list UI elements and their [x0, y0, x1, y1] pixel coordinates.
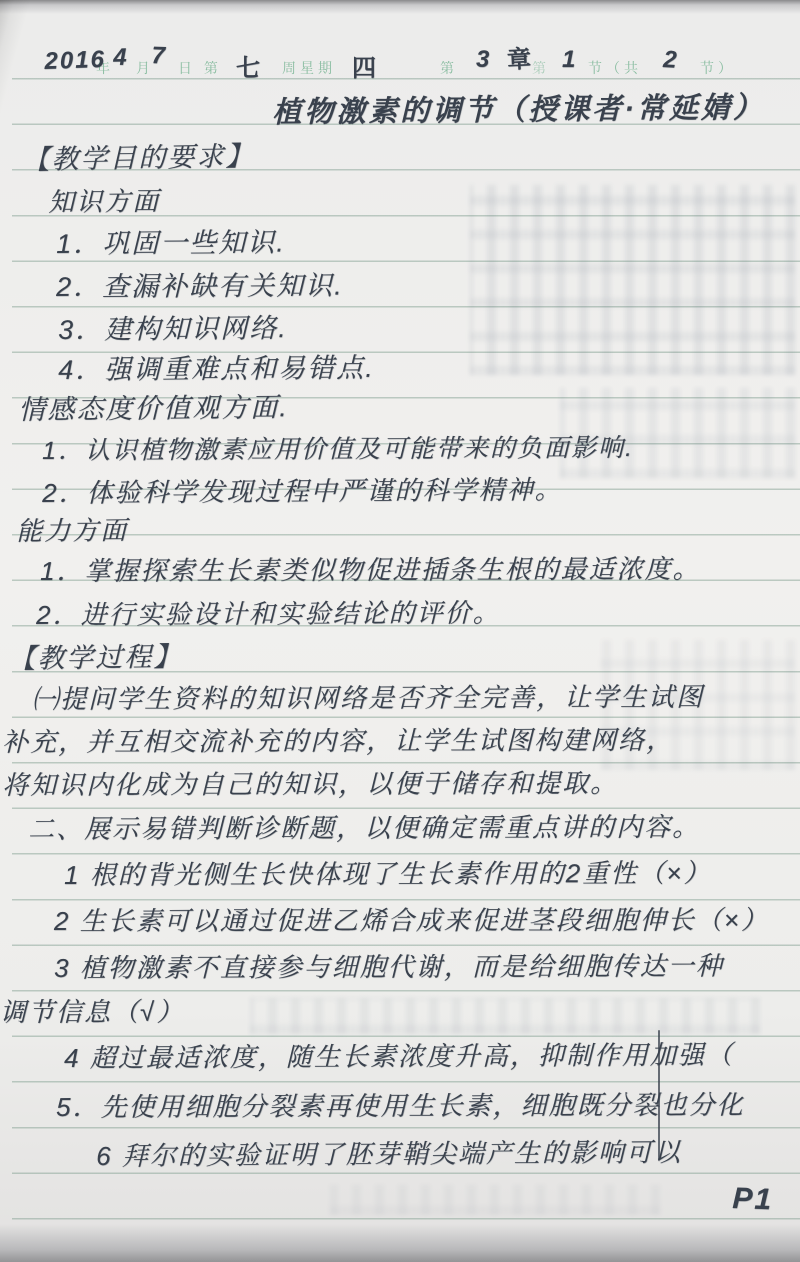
note-line-8: 1．认识植物激素应用价值及可能带来的负面影响.	[42, 428, 634, 467]
written-chapter-num: 3	[476, 46, 491, 74]
note-line-5: 3．建构知识网络.	[58, 306, 288, 347]
printed-section-close: 节）	[700, 58, 736, 78]
note-line-22: 4 超过最适浓度，随生长素浓度升高，抑制作用加强（	[64, 1034, 734, 1075]
printed-day-label: 日 第	[178, 58, 222, 78]
note-line-9: 2．体验科学发现过程中严谨的科学精神。	[42, 469, 563, 510]
written-section-num: 1	[562, 46, 577, 74]
printed-section-open: 节（共	[588, 58, 642, 78]
note-line-12: 2．进行实验设计和实验结论的评价。	[36, 593, 501, 632]
note-line-16: 将知识内化成为自己的知识，以便于储存和提取。	[2, 763, 618, 802]
page-number: P1	[732, 1182, 774, 1217]
written-chapter-unit: 章	[506, 39, 534, 75]
bleed-through-texture	[330, 1185, 660, 1215]
note-line-6: 4．强调重难点和易错点.	[58, 346, 375, 387]
note-line-10: 能力方面	[16, 510, 128, 548]
note-line-20: 3 植物激素不直接参与细胞代谢，而是给细胞传达一种	[54, 946, 724, 985]
note-line-7: 情感态度价值观方面.	[18, 385, 289, 427]
notebook-page: 年 月 日 第 周星期 第 第 节（共 节） 2016 4 7 七 四 3 章 …	[0, 0, 800, 1262]
note-line-17: 二、展示易错判断诊断题，以便确定需重点讲的内容。	[28, 807, 700, 846]
note-line-13: 【教学过程】	[8, 635, 183, 676]
stray-vertical-stroke	[658, 1030, 660, 1160]
bleed-through-texture	[250, 998, 760, 1034]
note-line-21: 调节信息（√）	[0, 992, 184, 1029]
written-year: 2016	[44, 46, 106, 76]
note-line-3: 1．巩固一些知识.	[56, 220, 286, 261]
note-line-24: 6 拜尔的实验证明了胚芽鞘尖端产生的影响可以	[96, 1132, 682, 1173]
written-day: 7	[151, 42, 167, 71]
note-line-15: 补充，并互相交流补充的内容，让学生试图构建网络，	[2, 720, 674, 759]
note-line-4: 2．查漏补缺有关知识.	[56, 263, 344, 304]
note-line-1: 【教学目的要求】	[22, 134, 255, 177]
bleed-through-texture	[470, 185, 795, 375]
printed-chapter-label: 第	[440, 58, 458, 78]
written-total-sections: 2	[663, 46, 680, 75]
note-line-23: 5．先使用细胞分裂素再使用生长素，细胞既分裂也分化	[56, 1085, 745, 1124]
lesson-title: 植物激素的调节（授课者·常延婧）	[272, 85, 765, 131]
note-line-19: 2 生长素可以通过促进乙烯合成来促进茎段细胞伸长（×）	[54, 900, 769, 938]
note-line-18: 1 根的背光侧生长快体现了生长素作用的2重性（×）	[64, 853, 711, 892]
note-line-2: 知识方面	[48, 181, 160, 219]
written-month: 4	[113, 44, 129, 72]
note-line-14: ㈠提问学生资料的知识网络是否齐全完善，让学生试图	[32, 677, 704, 716]
printed-week-label: 周星期	[282, 58, 336, 78]
note-line-11: 1．掌握探索生长素类似物促进插条生根的最适浓度。	[40, 549, 701, 588]
written-week-num: 七	[236, 48, 262, 83]
written-weekday: 四	[352, 48, 378, 83]
printed-section-label: 第	[532, 58, 550, 78]
